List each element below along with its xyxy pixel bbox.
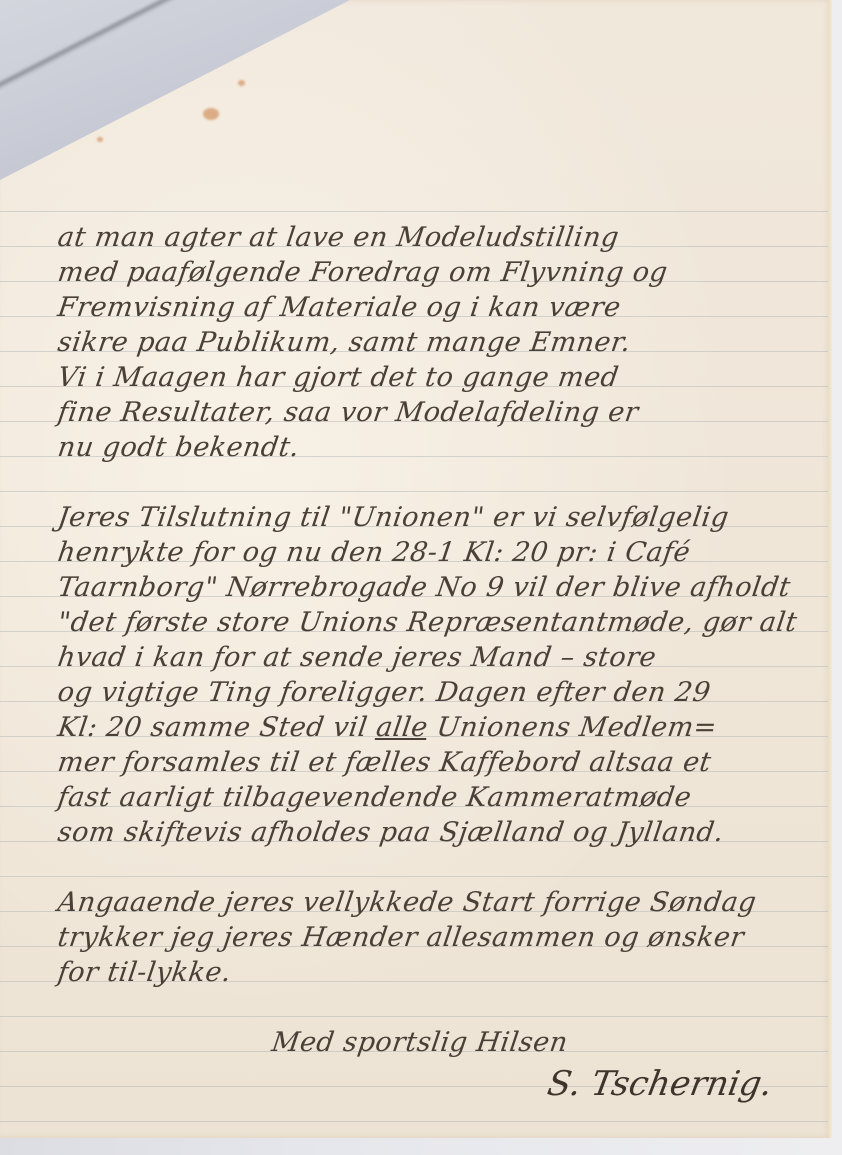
text-line: med paafølgende Foredrag om Flyvning og (56, 257, 670, 288)
text-line: Jeres Tilslutning til "Unionen" er vi se… (56, 502, 731, 533)
rust-stain (238, 80, 245, 86)
text-line: trykker jeg jeres Hænder allesammen og ø… (56, 922, 746, 953)
text-line: henrykte for og nu den 28-1 Kl: 20 pr: i… (56, 537, 692, 568)
paper-right-edge (828, 0, 832, 1138)
underlined-word: alle (374, 712, 430, 743)
text-line: mer forsamles til et fælles Kaffebord al… (56, 747, 713, 778)
text-line: som skiftevis afholdes paa Sjælland og J… (56, 817, 726, 848)
closing-salutation: Med sportslig Hilsen (270, 1027, 570, 1058)
text-line: nu godt bekendt. (56, 432, 302, 463)
signature: S. Tschernig. (544, 1064, 775, 1104)
text-line: "det første store Unions Repræsentantmød… (56, 607, 799, 638)
text-line: at man agter at lave en Modeludstilling (56, 222, 621, 253)
text-line: Fremvisning af Materiale og i kan være (56, 292, 623, 323)
text-line-with-underline: Kl: 20 samme Sted vil alle Unionens Medl… (56, 712, 719, 743)
rust-stain (203, 108, 219, 120)
text-line: Angaaende jeres vellykkede Start forrige… (56, 887, 759, 918)
text-line: fine Resultater, saa vor Modelafdeling e… (56, 397, 641, 428)
text-line: Vi i Maagen har gjort det to gange med (56, 362, 621, 393)
text-line: sikre paa Publikum, samt mange Emner. (56, 327, 633, 358)
rust-stain (97, 137, 103, 142)
text-line: Taarnborg" Nørrebrogade No 9 vil der bli… (56, 572, 793, 603)
text-line: hvad i kan for at sende jeres Mand – sto… (56, 642, 659, 673)
text-line: for til-lykke. (56, 957, 234, 988)
text-line: fast aarligt tilbagevendende Kammeratmød… (56, 782, 694, 813)
text-line: og vigtige Ting foreligger. Dagen efter … (56, 677, 713, 708)
